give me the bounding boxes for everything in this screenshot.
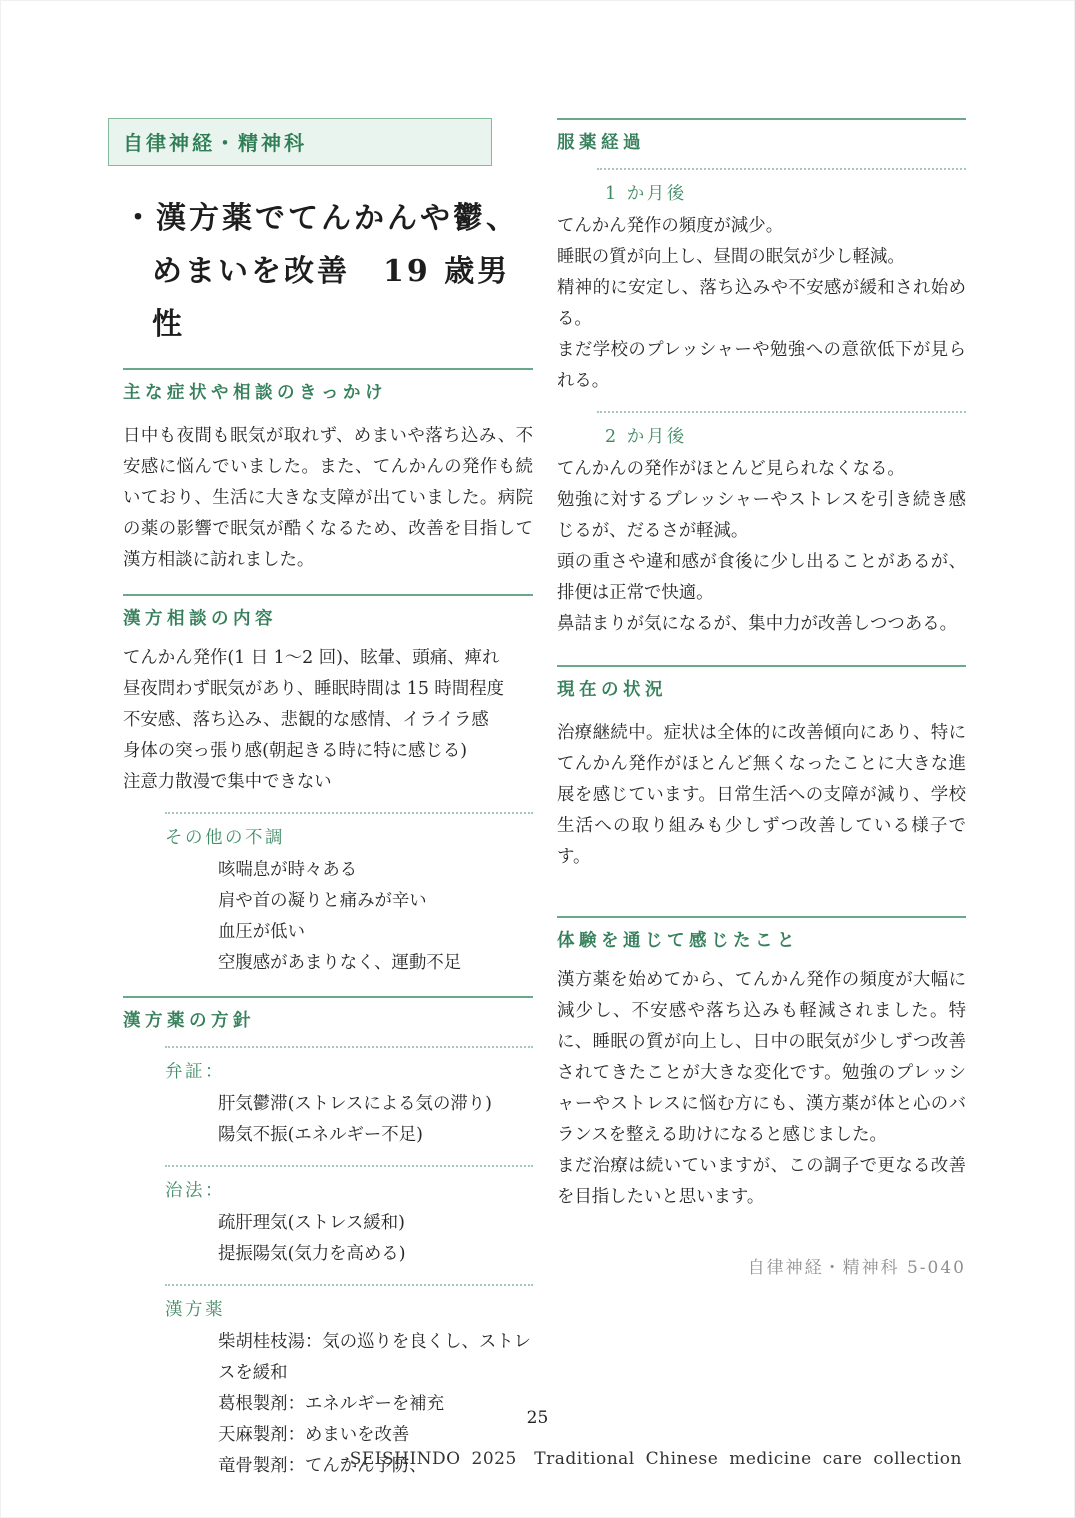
case-title-line1: ・漢方薬でてんかんや鬱、: [123, 201, 519, 236]
content-columns: 自律神経・精神科 ・漢方薬でてんかんや鬱、 めまいを改善 19 歳男性 主な症状…: [0, 0, 1075, 1482]
dotted-divider: [165, 1165, 533, 1167]
kampo-item: 柴胡桂枝湯：気の巡りを良くし、ストレスを緩和: [218, 1327, 533, 1389]
consultation-lines: てんかん発作(1 日 1〜2 回)、眩暈、頭痛、痺れ 昼夜問わず眠気があり、睡眠…: [123, 643, 533, 798]
other-trouble-item: 肩や首の凝りと痛みが辛い: [218, 886, 533, 917]
section-symptoms-heading: 主な症状や相談のきっかけ: [123, 379, 533, 404]
kampo-label: 漢方薬: [165, 1296, 533, 1321]
experience-paragraph: 漢方薬を始めてから、てんかん発作の頻度が大幅に減少し、不安感や落ち込みも軽減され…: [557, 965, 966, 1151]
left-column: 自律神経・精神科 ・漢方薬でてんかんや鬱、 めまいを改善 19 歳男性 主な症状…: [100, 118, 533, 1482]
chiho-list: 疏肝理気(ストレス緩和) 提振陽気(気力を高める): [218, 1208, 533, 1270]
other-troubles-list: 咳喘息が時々ある 肩や首の凝りと痛みが辛い 血圧が低い 空腹感があまりなく、運動…: [218, 855, 533, 979]
section-current-heading: 現在の状況: [557, 676, 966, 701]
bensho-label: 弁証：: [165, 1058, 533, 1083]
month1-line: てんかん発作の頻度が減少。: [557, 211, 966, 242]
month2-line: 勉強に対するプレッシャーやストレスを引き続き感じるが、だるさが軽減。: [557, 485, 966, 547]
section-current-body: 治療継続中。症状は全体的に改善傾向にあり、特にてんかん発作がほとんど無くなったこ…: [557, 718, 966, 873]
dotted-divider: [165, 1284, 533, 1286]
other-trouble-item: 咳喘息が時々ある: [218, 855, 533, 886]
month1-lines: てんかん発作の頻度が減少。 睡眠の質が向上し、昼間の眠気が少し軽減。 精神的に安…: [557, 211, 966, 397]
section-experience-body: 漢方薬を始めてから、てんかん発作の頻度が大幅に減少し、不安感や落ち込みも軽減され…: [557, 965, 966, 1213]
category-badge-label: 自律神経・精神科: [123, 131, 307, 155]
month1-line: まだ学校のプレッシャーや勉強への意欲低下が見られる。: [557, 335, 966, 397]
dotted-divider: [165, 1046, 533, 1048]
document-page: 自律神経・精神科 ・漢方薬でてんかんや鬱、 めまいを改善 19 歳男性 主な症状…: [0, 0, 1075, 1518]
case-title: ・漢方薬でてんかんや鬱、 めまいを改善 19 歳男性: [123, 192, 533, 351]
consultation-line: 不安感、落ち込み、悲観的な感情、イライラ感: [123, 705, 533, 736]
case-title-line2: めまいを改善 19 歳男性: [123, 245, 533, 351]
section-symptoms-body: 日中も夜間も眠気が取れず、めまいや落ち込み、不安感に悩んでいました。また、てんか…: [123, 421, 533, 576]
section-progress: 服薬経過 1 か月後 てんかん発作の頻度が減少。 睡眠の質が向上し、昼間の眠気が…: [557, 118, 966, 648]
month2-line: 鼻詰まりが気になるが、集中力が改善しつつある。: [557, 609, 966, 640]
month2-label: 2 か月後: [605, 423, 966, 448]
section-consultation: 漢方相談の内容 てんかん発作(1 日 1〜2 回)、眩暈、頭痛、痺れ 昼夜問わず…: [123, 594, 533, 979]
chiho-item: 提振陽気(気力を高める): [218, 1239, 533, 1270]
footer-imprint: –SEISHINDO 2025 Traditional Chinese medi…: [341, 1444, 962, 1469]
month2-line: 頭の重さや違和感が食後に少し出ることがあるが、排便は正常で快適。: [557, 547, 966, 609]
section-experience: 体験を通じて感じたこと 漢方薬を始めてから、てんかん発作の頻度が大幅に減少し、不…: [557, 916, 966, 1213]
consultation-line: 昼夜問わず眠気があり、睡眠時間は 15 時間程度: [123, 674, 533, 705]
case-reference-number: 自律神経・精神科 5-040: [557, 1253, 966, 1278]
other-trouble-item: 血圧が低い: [218, 917, 533, 948]
consultation-line: 注意力散漫で集中できない: [123, 767, 533, 798]
bensho-list: 肝気鬱滞(ストレスによる気の滞り) 陽気不振(エネルギー不足): [218, 1089, 533, 1151]
month1-line: 精神的に安定し、落ち込みや不安感が緩和され始める。: [557, 273, 966, 335]
chiho-label: 治法：: [165, 1177, 533, 1202]
consultation-line: てんかん発作(1 日 1〜2 回)、眩暈、頭痛、痺れ: [123, 643, 533, 674]
dotted-divider: [597, 411, 966, 413]
month1-line: 睡眠の質が向上し、昼間の眠気が少し軽減。: [557, 242, 966, 273]
section-experience-heading: 体験を通じて感じたこと: [557, 927, 966, 952]
section-policy-heading: 漢方薬の方針: [123, 1007, 533, 1032]
section-current: 現在の状況 治療継続中。症状は全体的に改善傾向にあり、特にてんかん発作がほとんど…: [557, 665, 966, 899]
section-consultation-heading: 漢方相談の内容: [123, 605, 533, 630]
bensho-item: 陽気不振(エネルギー不足): [218, 1120, 533, 1151]
other-troubles-heading: その他の不調: [165, 824, 533, 849]
section-symptoms: 主な症状や相談のきっかけ 日中も夜間も眠気が取れず、めまいや落ち込み、不安感に悩…: [123, 368, 533, 576]
consultation-line: 身体の突っ張り感(朝起きる時に特に感じる): [123, 736, 533, 767]
section-progress-heading: 服薬経過: [557, 129, 966, 154]
chiho-item: 疏肝理気(ストレス緩和): [218, 1208, 533, 1239]
month2-lines: てんかんの発作がほとんど見られなくなる。 勉強に対するプレッシャーやストレスを引…: [557, 454, 966, 640]
experience-paragraph: まだ治療は続いていますが、この調子で更なる改善を目指したいと思います。: [557, 1151, 966, 1213]
other-trouble-item: 空腹感があまりなく、運動不足: [218, 948, 533, 979]
right-column: 服薬経過 1 か月後 てんかん発作の頻度が減少。 睡眠の質が向上し、昼間の眠気が…: [557, 118, 966, 1482]
category-badge: 自律神経・精神科: [108, 118, 492, 166]
month2-line: てんかんの発作がほとんど見られなくなる。: [557, 454, 966, 485]
dotted-divider: [165, 812, 533, 814]
page-number: 25: [0, 1408, 1075, 1428]
month1-label: 1 か月後: [605, 180, 966, 205]
dotted-divider: [597, 168, 966, 170]
bensho-item: 肝気鬱滞(ストレスによる気の滞り): [218, 1089, 533, 1120]
